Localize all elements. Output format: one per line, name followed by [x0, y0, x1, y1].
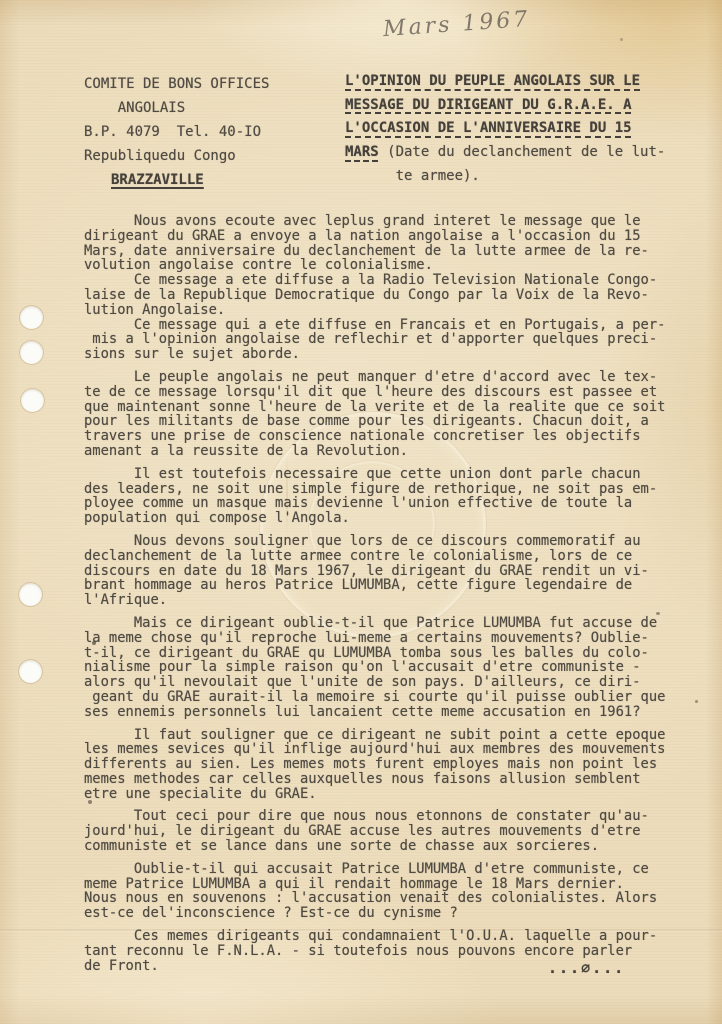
document-body: Nous avons ecoute avec leplus grand inte…	[84, 214, 684, 973]
title-line-4-rest: (Date du declanchement de le lut-	[379, 144, 666, 160]
ink-speck	[620, 38, 623, 41]
paragraph: Tout ceci pour dire que nous nous etonno…	[84, 809, 684, 853]
title-line-3: L'OCCASION DE L'ANNIVERSAIRE DU 15	[345, 117, 690, 141]
punch-hole	[21, 389, 44, 412]
title-line-5: te armee).	[345, 165, 690, 189]
paragraph: Ce message a ete diffuse a la Radio Tele…	[84, 273, 684, 317]
letterhead: COMITE DE BONS OFFICES ANGOLAIS B.P. 407…	[84, 72, 280, 192]
page-continuation-mark: ...∅...	[548, 959, 625, 977]
paragraph: Oublie-t-il qui accusait Patrice LUMUMBA…	[84, 862, 684, 921]
handwritten-date: Mars 1967	[382, 7, 531, 42]
title-line-1: L'OPINION DU PEUPLE ANGOLAIS SUR LE	[345, 70, 690, 94]
paragraph: Nous devons souligner que lors de ce dis…	[84, 534, 684, 608]
ink-speck	[695, 700, 698, 703]
punch-hole	[20, 306, 43, 329]
title-line-1-text: L'OPINION DU PEUPLE ANGOLAIS SUR LE	[345, 73, 640, 89]
paragraph: Le peuple angolais ne peut manquer d'etr…	[84, 370, 684, 459]
letterhead-city: BRAZZAVILLE	[84, 168, 280, 192]
scanned-document-page: Mars 1967 COMITE DE BONS OFFICES ANGOLAI…	[0, 0, 722, 1024]
title-line-2: MESSAGE DU DIRIGEANT DU G.R.A.E. A	[345, 94, 690, 118]
punch-hole	[20, 341, 43, 364]
letterhead-address: B.P. 4079 Tel. 40-IO	[84, 120, 280, 144]
paragraph: Nous avons ecoute avec leplus grand inte…	[84, 214, 684, 273]
paragraph: Mais ce dirigeant oublie-t-il que Patric…	[84, 616, 684, 720]
document-title: L'OPINION DU PEUPLE ANGOLAIS SUR LE MESS…	[345, 70, 690, 189]
letterhead-country: Republiquedu Congo	[84, 144, 280, 168]
title-line-4-underlined: MARS	[345, 144, 379, 160]
title-line-4: MARS (Date du declanchement de le lut-	[345, 141, 690, 165]
punch-hole	[19, 660, 42, 683]
title-line-3-text: L'OCCASION DE L'ANNIVERSAIRE DU 15	[345, 120, 632, 136]
title-line-2-text: MESSAGE DU DIRIGEANT DU G.R.A.E. A	[345, 97, 632, 113]
paragraph: Il est toutefois necessaire que cette un…	[84, 467, 684, 526]
punch-hole	[19, 583, 42, 606]
letterhead-organization: COMITE DE BONS OFFICES	[84, 72, 280, 96]
letterhead-city-label: BRAZZAVILLE	[111, 168, 204, 192]
paragraph: Il faut souligner que ce dirigeant ne su…	[84, 728, 684, 802]
paragraph: Ce message qui a ete diffuse en Francais…	[84, 318, 684, 362]
letterhead-organization-2: ANGOLAIS	[84, 96, 280, 120]
